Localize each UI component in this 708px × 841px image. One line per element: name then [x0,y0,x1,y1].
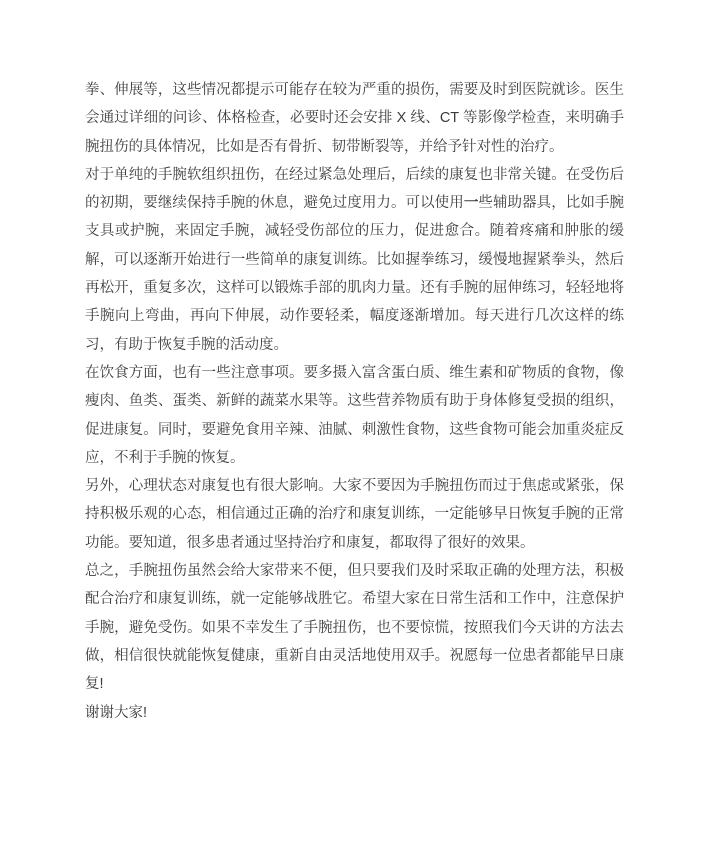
text-run: 总之，手腕扭伤虽然会给大家带来不便，但只要我们及时采取正确的处理方法，积极配合治… [85,563,624,692]
paragraph: 另外，心理状态对康复也有很大影响。大家不要因为手腕扭伤而过于焦虑或紧张，保持积极… [85,472,624,557]
bold-text-run: 一 [464,195,479,211]
text-run: 在饮食方面，也有一些注意事项。要多摄入富含蛋白质、维生素和矿物质的食物，像瘦肉、… [85,365,624,466]
paragraph: 总之，手腕扭伤虽然会给大家带来不便，但只要我们及时采取正确的处理方法，积极配合治… [85,557,624,698]
paragraph: 拳、伸展等，这些情况都提示可能存在较为严重的损伤，需要及时到医院就诊。医生会通过… [85,76,624,161]
text-run: 拳、伸展等，这些情况都提示可能存在较为严重的损伤，需要及时到医院就诊。医生会通过… [85,82,624,155]
document-page: 拳、伸展等，这些情况都提示可能存在较为严重的损伤，需要及时到医院就诊。医生会通过… [0,0,708,841]
paragraph: 谢谢大家! [85,699,624,727]
paragraph: 在饮食方面，也有一些注意事项。要多摄入富含蛋白质、维生素和矿物质的食物，像瘦肉、… [85,359,624,472]
text-run: 另外，心理状态对康复也有很大影响。大家不要因为手腕扭伤而过于焦虑或紧张，保持积极… [85,478,624,551]
paragraph: 对于单纯的手腕软组织扭伤，在经过紧急处理后，后续的康复也非常关键。在受伤后的初期… [85,161,624,359]
document-body: 拳、伸展等，这些情况都提示可能存在较为严重的损伤，需要及时到医院就诊。医生会通过… [85,76,624,727]
text-run: 谢谢大家! [85,705,147,721]
text-run: 些辅助器具，比如手腕支具或护腕，来固定手腕，减轻受伤部位的压力，促进愈合。随着疼… [85,195,624,352]
